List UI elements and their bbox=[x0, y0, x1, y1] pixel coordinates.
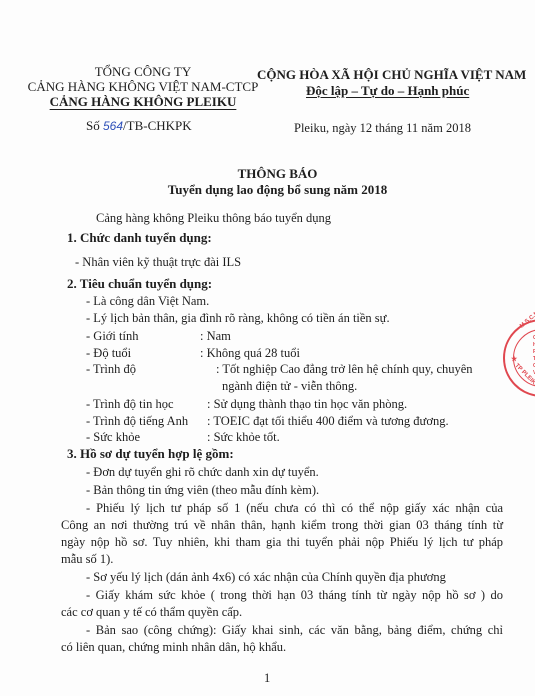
national-title: CỘNG HÒA XÃ HỘI CHỦ NGHĨA VIỆT NAM bbox=[257, 67, 526, 83]
document-item: - Sơ yếu lý lịch (dán ảnh 4x6) có xác nh… bbox=[86, 570, 446, 585]
issue-date: Pleiku, ngày 12 tháng 11 năm 2018 bbox=[294, 121, 471, 136]
criteria-label: - Giới tính bbox=[86, 329, 138, 344]
criteria-value: : Nam bbox=[200, 329, 231, 344]
criteria-item: - Lý lịch bản thân, gia đình rõ ràng, kh… bbox=[86, 311, 390, 326]
document-item: - Đơn dự tuyển ghi rõ chức danh xin dự t… bbox=[86, 465, 319, 480]
section-1-item: - Nhân viên kỹ thuật trực đài ILS bbox=[75, 255, 241, 270]
doc-number-handwritten: 564 bbox=[103, 119, 123, 133]
document-item-para: ngày nộp hồ sơ. Tuy nhiên, khi tham gia … bbox=[61, 535, 503, 550]
criteria-value: : Sức khỏe tốt. bbox=[207, 430, 280, 445]
document-item-para: - Giấy khám sức khỏe ( trong thời hạn 03… bbox=[86, 588, 503, 603]
seal-ring-text: M.S.C.N: 031163 bbox=[519, 295, 535, 329]
doc-number: Số 564/TB-CHKPK bbox=[86, 118, 192, 134]
org-corporation: CẢNG HÀNG KHÔNG VIỆT NAM-CTCP bbox=[18, 79, 268, 95]
document-item: - Bản thông tin ứng viên (theo mẫu đính … bbox=[86, 483, 319, 498]
criteria-label: - Trình độ bbox=[86, 362, 136, 377]
criteria-label: - Sức khỏe bbox=[86, 430, 140, 445]
criteria-label: - Trình độ tin học bbox=[86, 397, 174, 412]
org-parent: TỔNG CÔNG TY bbox=[28, 64, 258, 80]
national-motto: Độc lập – Tự do – Hạnh phúc bbox=[306, 83, 469, 99]
criteria-label: - Độ tuổi bbox=[86, 346, 131, 361]
document-item-para: Công an nơi thường trú về nhân thân, hạn… bbox=[61, 518, 503, 533]
page-number: 1 bbox=[264, 671, 270, 686]
criteria-value: : Không quá 28 tuổi bbox=[200, 346, 300, 361]
criteria-value-cont: ngành điện tử - viễn thông. bbox=[222, 379, 357, 394]
document-item-para: - Phiếu lý lịch tư pháp số 1 (nếu chưa c… bbox=[86, 501, 503, 516]
intro-text: Cảng hàng không Pleiku thông báo tuyển d… bbox=[96, 211, 331, 226]
criteria-value: : TOEIC đạt tối thiểu 400 điểm và tương … bbox=[207, 414, 449, 429]
criteria-value: : Tốt nghiệp Cao đẳng trở lên hệ chính q… bbox=[216, 362, 473, 377]
criteria-item: - Là công dân Việt Nam. bbox=[86, 294, 209, 309]
seal-star-icon: ★ bbox=[511, 355, 517, 363]
document-item-para: các cơ quan y tế có thẩm quyền cấp. bbox=[61, 605, 242, 620]
notice-subtitle: Tuyển dụng lao động bổ sung năm 2018 bbox=[0, 182, 535, 198]
section-2-heading: 2. Tiêu chuẩn tuyển dụng: bbox=[67, 276, 212, 292]
section-1-heading: 1. Chức danh tuyển dụng: bbox=[67, 230, 212, 246]
org-name: CẢNG HÀNG KHÔNG PLEIKU bbox=[28, 94, 258, 110]
document-item-para: - Bản sao (công chứng): Giấy khai sinh, … bbox=[86, 623, 503, 638]
section-3-heading: 3. Hồ sơ dự tuyển hợp lệ gồm: bbox=[67, 446, 234, 462]
notice-title: THÔNG BÁO bbox=[0, 166, 535, 182]
criteria-label: - Trình độ tiếng Anh bbox=[86, 414, 188, 429]
document-item-para: có liên quan, chứng minh nhân dân, hộ kh… bbox=[61, 640, 286, 655]
document-item-para: mẫu số 1). bbox=[61, 552, 113, 567]
official-seal-stamp: M.S.C.N: 031163 TP PLEIKU ★ C HÀNG PLEIK… bbox=[503, 319, 535, 397]
criteria-value: : Sử dụng thành thạo tin học văn phòng. bbox=[207, 397, 407, 412]
